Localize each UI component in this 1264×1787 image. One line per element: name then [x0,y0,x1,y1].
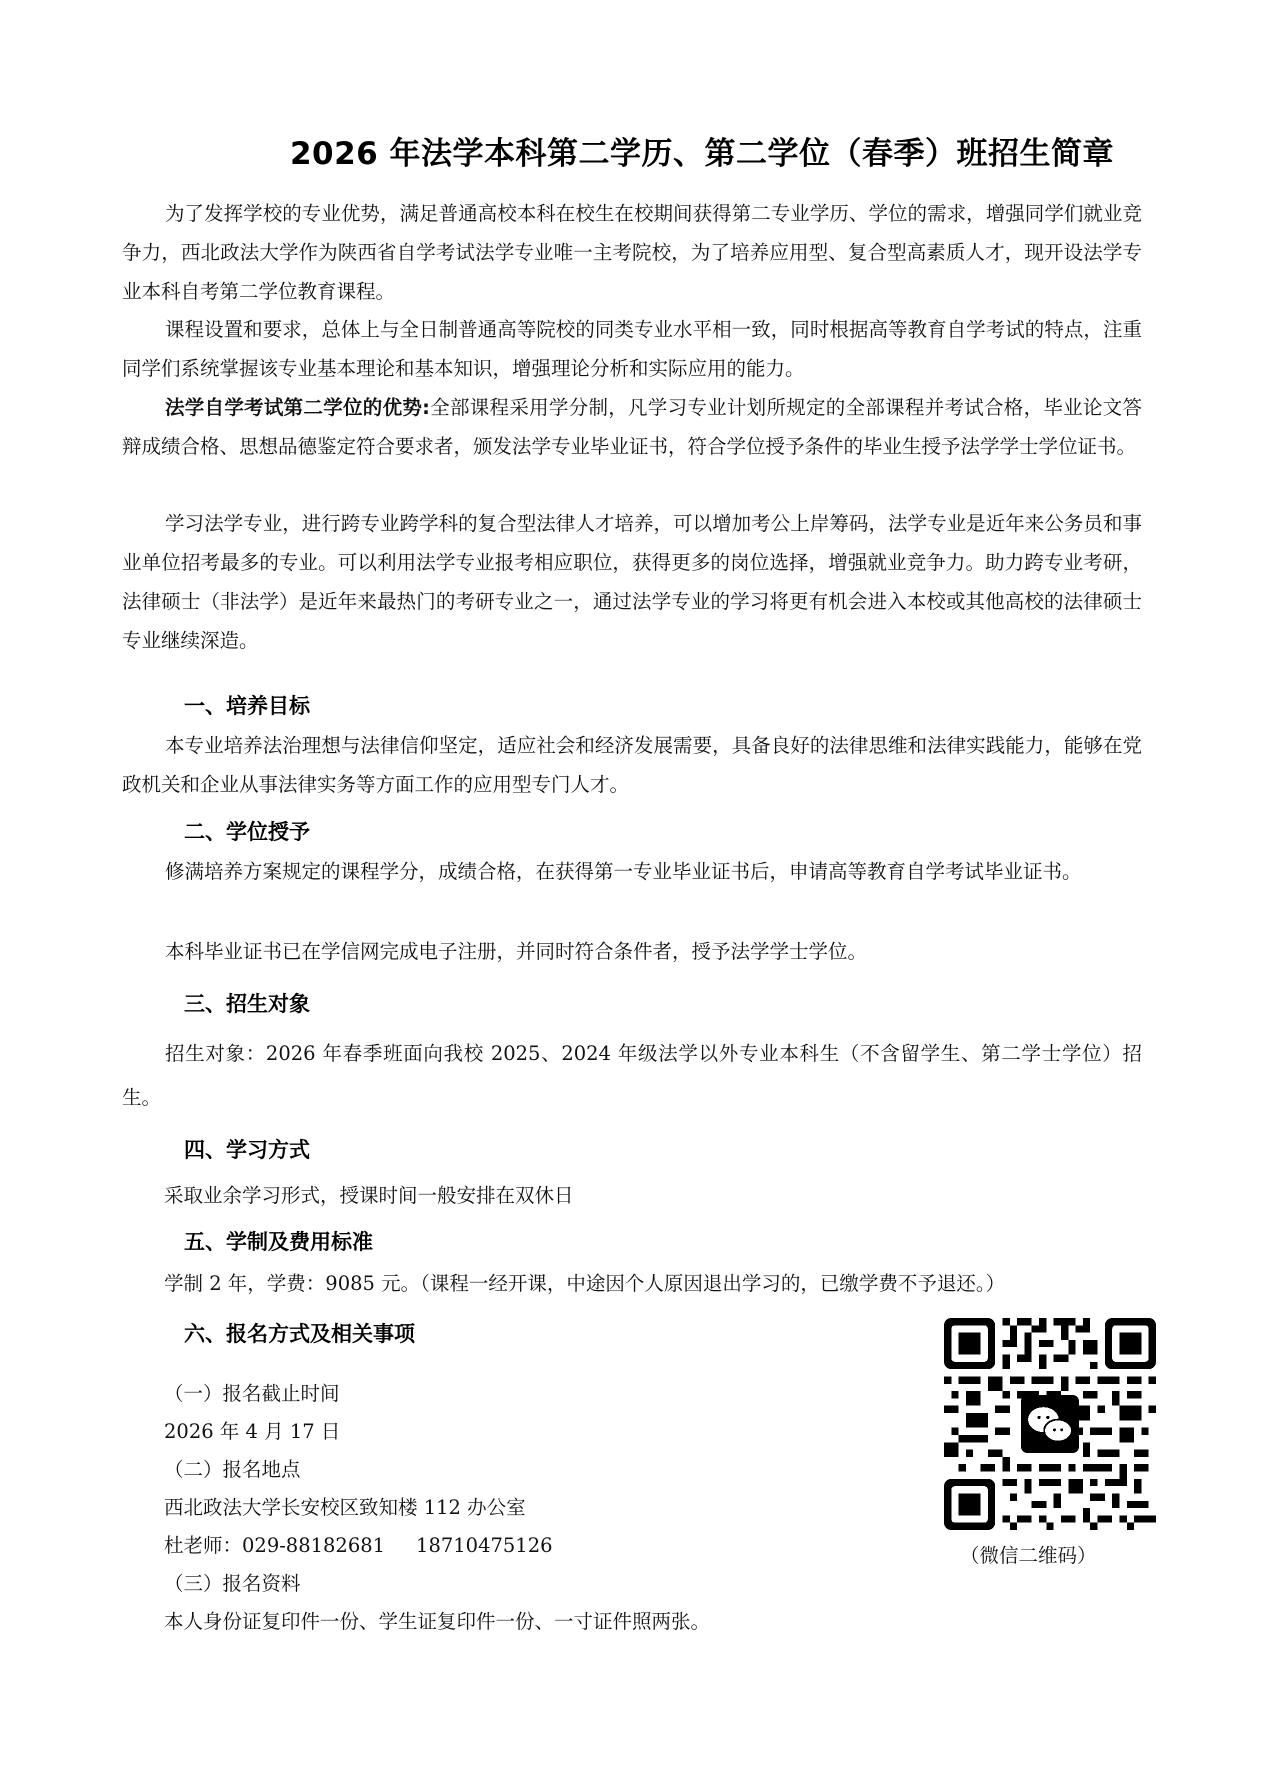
document-title: 2026 年法学本科第二学历、第二学位（春季）班招生简章 [0,128,1264,173]
wechat-icon [1021,1395,1079,1453]
section-2-paragraph-1: 修满培养方案规定的课程学分，成绩合格，在获得第一专业毕业证书后，申请高等教育自学… [122,852,1142,891]
materials-list: 本人身份证复印件一份、学生证复印件一份、一寸证件照两张。 [164,1606,710,1634]
deadline-date: 2026 年 4 月 17 日 [164,1416,340,1444]
intro-paragraph-1: 为了发挥学校的专业优势，满足普通高校本科在校生在校期间获得第二专业学历、学位的需… [122,194,1142,311]
section-3-paragraph: 招生对象：2026 年春季班面向我校 2025、2024 年级法学以外专业本科生… [122,1032,1142,1120]
intro-paragraph-3: 学习法学专业，进行跨专业跨学科的复合型法律人才培养，可以增加考公上岸筹码，法学专… [122,504,1142,660]
section-4-text: 采取业余学习形式，授课时间一般安排在双休日 [164,1180,574,1208]
section-heading-4: 四、学习方式 [184,1134,310,1164]
location-address: 西北政法大学长安校区致知楼 112 办公室 [164,1492,526,1520]
intro-paragraph-2: 课程设置和要求，总体上与全日制普通高等院校的同类专业水平相一致，同时根据高等教育… [122,310,1142,388]
contact-phone: 杜老师：029-88182681 18710475126 [164,1530,553,1558]
section-heading-2: 二、学位授予 [184,816,310,846]
section-heading-6: 六、报名方式及相关事项 [184,1318,415,1348]
wechat-qr-code [944,1318,1156,1530]
advantage-label: 法学自学考试第二学位的优势: [165,396,430,419]
section-2-paragraph-2: 本科毕业证书已在学信网完成电子注册，并同时符合条件者，授予法学学士学位。 [122,932,1142,971]
section-heading-5: 五、学制及费用标准 [184,1226,373,1256]
section-heading-3: 三、招生对象 [184,988,310,1018]
section-1-paragraph: 本专业培养法治理想与法律信仰坚定，适应社会和经济发展需要，具备良好的法律思维和法… [122,726,1142,804]
advantage-paragraph: 法学自学考试第二学位的优势:全部课程采用学分制，凡学习专业计划所规定的全部课程并… [122,388,1142,466]
materials-label: （三）报名资料 [164,1568,301,1596]
location-label: （二）报名地点 [164,1454,301,1482]
qr-caption: （微信二维码） [960,1540,1097,1568]
deadline-label: （一）报名截止时间 [164,1378,340,1406]
section-heading-1: 一、培养目标 [184,690,310,720]
section-5-text: 学制 2 年，学费：9085 元。（课程一经开课，中途因个人原因退出学习的，已缴… [164,1268,1005,1296]
